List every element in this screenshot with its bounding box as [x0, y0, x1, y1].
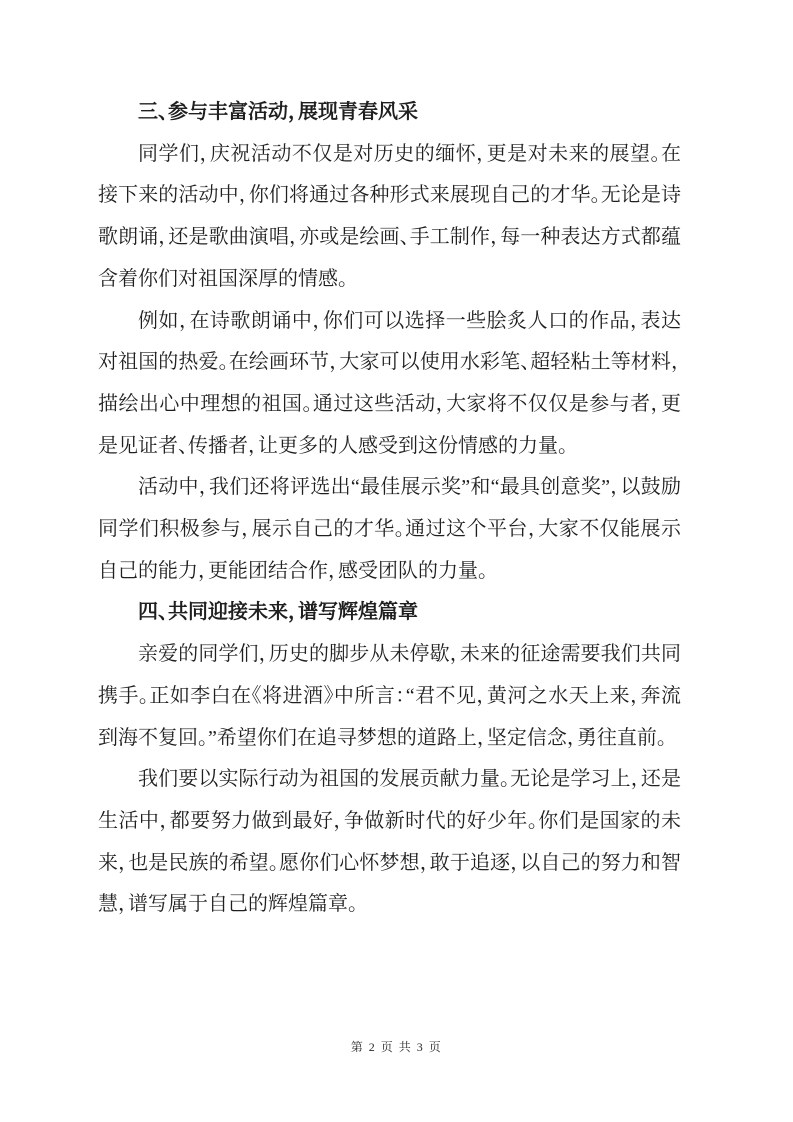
- document-page: 三、参与丰富活动，展现青春风采 同学们，庆祝活动不仅是对历史的缅怀，更是对未来的…: [0, 0, 793, 1122]
- body-paragraph: 同学们，庆祝活动不仅是对历史的缅怀，更是对未来的展望。在接下来的活动中，你们将通…: [98, 134, 681, 301]
- section-heading-4: 四、共同迎接未来，谱写辉煌篇章: [98, 592, 681, 634]
- body-paragraph: 例如，在诗歌朗诵中，你们可以选择一些脍炙人口的作品，表达对祖国的热爱。在绘画环节…: [98, 301, 681, 468]
- body-paragraph: 活动中，我们还将评选出“最佳展示奖”和“最具创意奖”，以鼓励同学们积极参与，展示…: [98, 467, 681, 592]
- page-number-label: 第 2 页 共 3 页: [351, 1040, 443, 1054]
- body-paragraph: 亲爱的同学们，历史的脚步从未停歇，未来的征途需要我们共同携手。正如李白在《将进酒…: [98, 634, 681, 759]
- document-body: 三、参与丰富活动，展现青春风采 同学们，庆祝活动不仅是对历史的缅怀，更是对未来的…: [98, 92, 681, 926]
- section-heading-3: 三、参与丰富活动，展现青春风采: [98, 92, 681, 134]
- page-footer: 第 2 页 共 3 页: [0, 1039, 793, 1055]
- body-paragraph: 我们要以实际行动为祖国的发展贡献力量。无论是学习上，还是生活中，都要努力做到最好…: [98, 759, 681, 926]
